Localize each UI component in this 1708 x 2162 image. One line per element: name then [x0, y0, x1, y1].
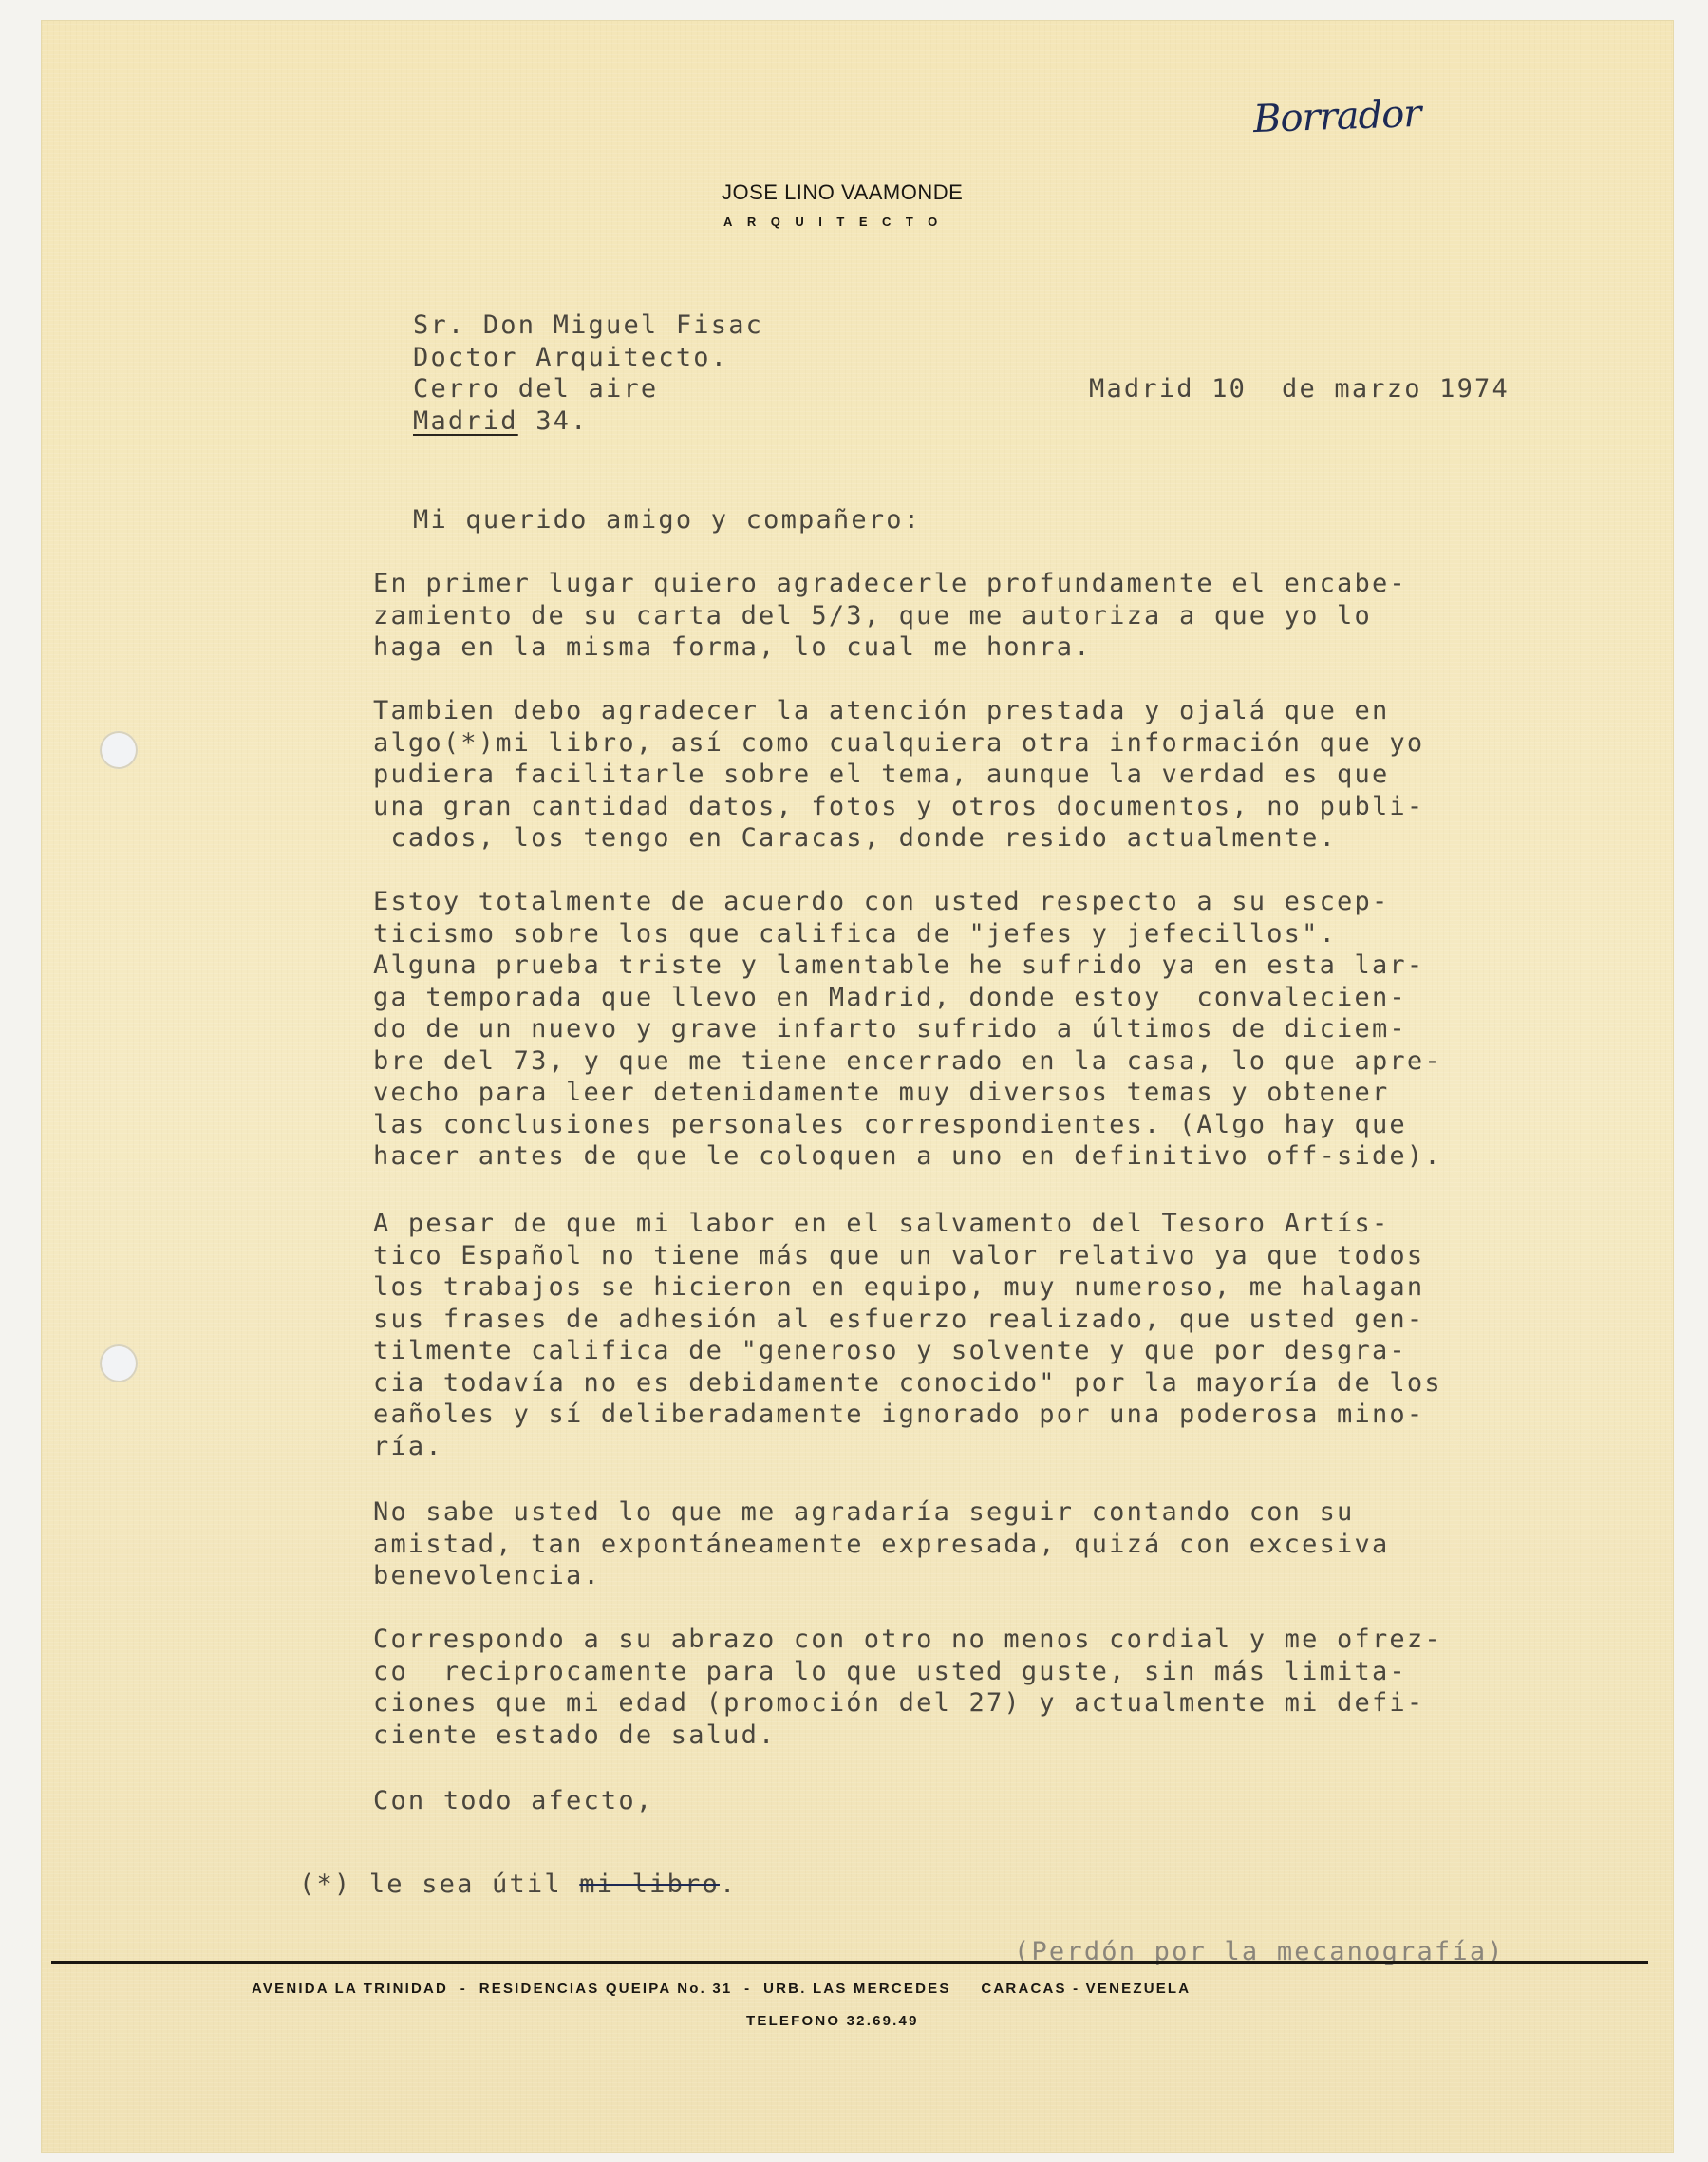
recipient-block: Sr. Don Miguel FisacDoctor Arquitecto.Ce… [413, 310, 763, 437]
letterhead-title: ARQUITECTO [723, 215, 952, 229]
punch-hole-top [100, 731, 138, 769]
footnote: (*) le sea útil mi libro. [299, 1869, 737, 1901]
recipient-city-line: Madrid 34. [413, 405, 763, 438]
recipient-line: Cerro del aire [413, 373, 763, 405]
body-paragraph: Estoy totalmente de acuerdo con usted re… [373, 886, 1442, 1173]
footnote-end: . [720, 1870, 737, 1899]
handwritten-note: Borrador [1252, 92, 1421, 141]
footer-address: AVENIDA LA TRINIDAD - RESIDENCIAS QUEIPA… [252, 1981, 1191, 1997]
body-paragraph: No sabe usted lo que me agradaría seguir… [373, 1496, 1389, 1592]
closing: Con todo afecto, [373, 1785, 653, 1817]
recipient-city: Madrid [413, 406, 518, 436]
footer-divider [51, 1961, 1648, 1964]
body-paragraph: En primer lugar quiero agradecerle profu… [373, 568, 1407, 664]
footnote-text: (*) le sea útil [299, 1870, 579, 1899]
body-paragraph: Tambien debo agradecer la atención prest… [373, 695, 1424, 855]
letter-date: Madrid 10 de marzo 1974 [1089, 373, 1510, 405]
recipient-line: Sr. Don Miguel Fisac [413, 310, 763, 342]
footnote-struck-text: mi libro [579, 1870, 720, 1899]
letterhead-name: JOSE LINO VAAMONDE [722, 180, 963, 205]
recipient-postal: 34. [518, 406, 589, 436]
punch-hole-bottom [100, 1344, 138, 1382]
body-paragraph: A pesar de que mi labor en el salvamento… [373, 1208, 1442, 1462]
salutation: Mi querido amigo y compañero: [413, 504, 921, 536]
body-paragraph: Correspondo a su abrazo con otro no meno… [373, 1624, 1442, 1751]
recipient-line: Doctor Arquitecto. [413, 342, 763, 374]
footer-phone: TELEFONO 32.69.49 [746, 2013, 919, 2029]
